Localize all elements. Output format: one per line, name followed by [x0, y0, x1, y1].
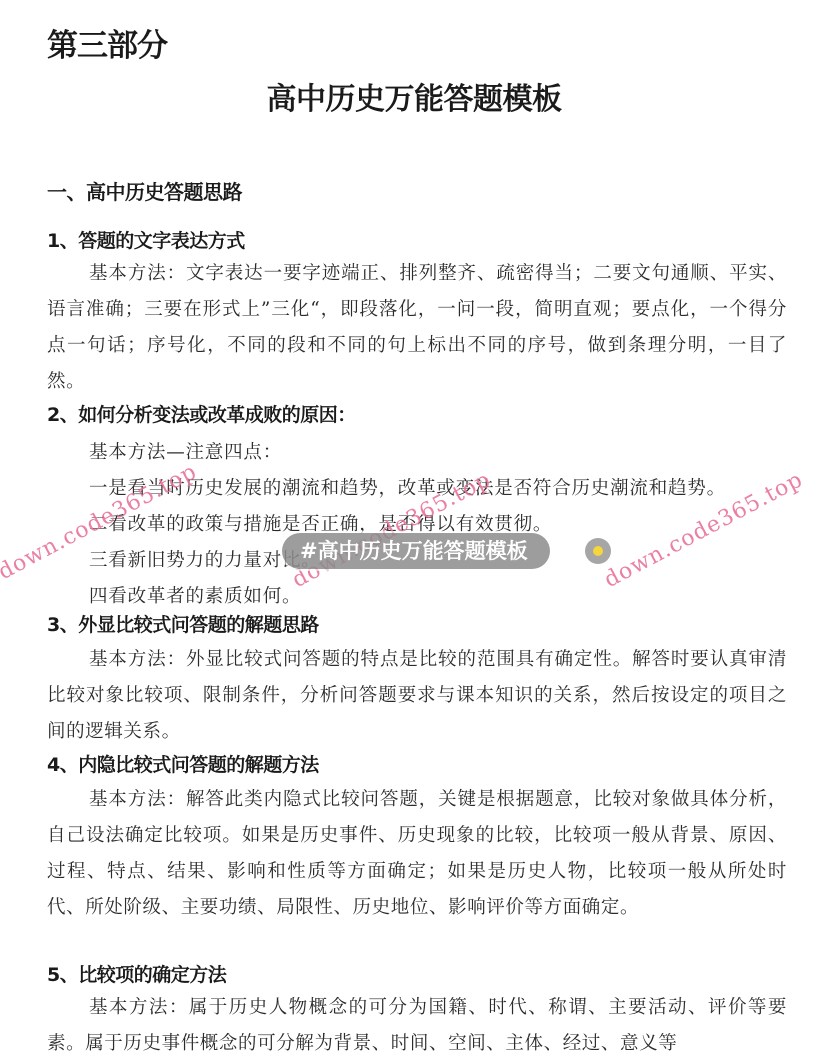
item-4-heading: 4、内隐比较式问答题的解题方法: [47, 750, 319, 777]
item-1-heading: 1、答题的文字表达方式: [47, 226, 245, 253]
item-5-paragraph: 基本方法：属于历史人物概念的可分为国籍、时代、称谓、主要活动、评价等要素。属于历…: [47, 990, 787, 1062]
item-2-line: 四看改革者的素质如何。: [89, 582, 301, 608]
section-heading: 一、高中历史答题思路: [47, 176, 242, 205]
item-1-paragraph: 基本方法：文字表达一要字迹端正、排列整齐、疏密得当；二要文句通顺、平实、语言准确…: [47, 256, 787, 400]
document-title: 高中历史万能答题模板: [0, 74, 828, 118]
item-4-paragraph: 基本方法：解答此类内隐式比较问答题，关键是根据题意，比较对象做具体分析，自己设法…: [47, 782, 787, 926]
item-2-line: 一是看当时历史发展的潮流和趋势，改革或变法是否符合历史潮流和趋势。: [89, 474, 726, 500]
yellow-dot-icon: [593, 546, 603, 556]
item-2-line: 基本方法—注意四点：: [89, 438, 282, 464]
indicator-dot-button[interactable]: [585, 538, 611, 564]
item-3-heading: 3、外显比较式问答题的解题思路: [47, 610, 319, 637]
hashtag-pill[interactable]: #高中历史万能答题模板: [282, 533, 550, 569]
document-page: 第三部分 高中历史万能答题模板 一、高中历史答题思路 1、答题的文字表达方式 基…: [0, 0, 828, 1064]
item-5-heading: 5、比较项的确定方法: [47, 960, 226, 987]
item-2-heading: 2、如何分析变法或改革成败的原因：: [47, 400, 356, 427]
item-3-paragraph: 基本方法：外显比较式问答题的特点是比较的范围具有确定性。解答时要认真审清比较对象…: [47, 642, 787, 750]
part-label: 第三部分: [47, 20, 167, 65]
